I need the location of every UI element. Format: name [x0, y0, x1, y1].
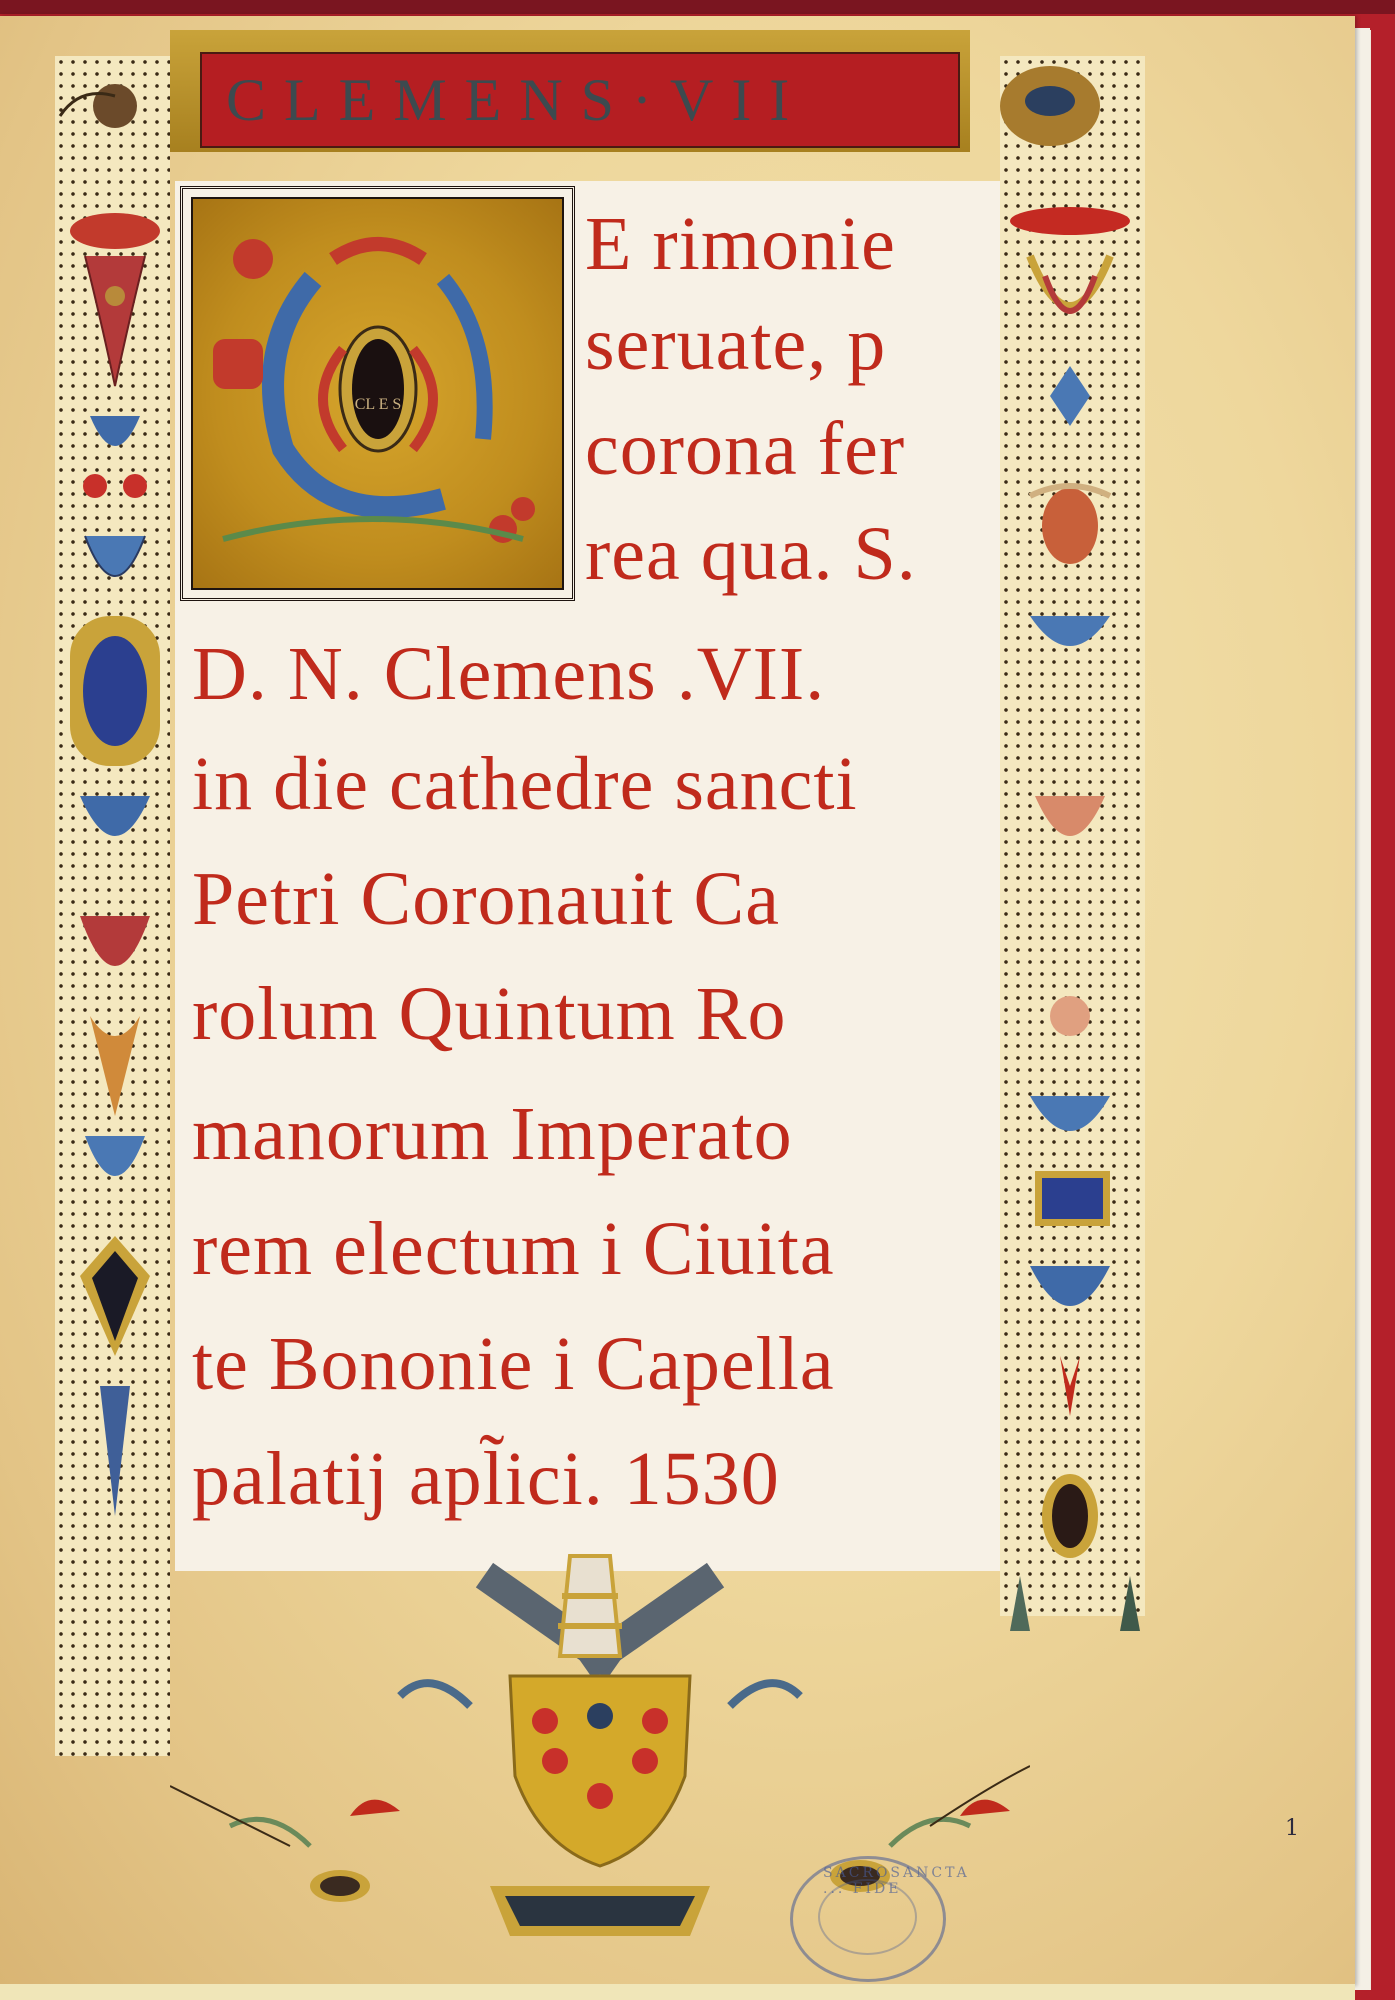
initial-medallion-text: CL E S	[355, 396, 402, 413]
folio-number: 1	[1285, 1816, 1299, 1841]
banner-title: CLEMENS·VII	[226, 66, 807, 135]
text-line-10: rem electum i Ciuita	[192, 1211, 835, 1287]
text-line-6: in die cathedre sancti	[192, 746, 858, 822]
text-line-4: rea qua. S.	[585, 516, 917, 592]
left-grotesque-ornament	[40, 56, 190, 1776]
right-grotesque-ornament	[990, 56, 1160, 1636]
text-line-12: palatij apl̃ici. 1530	[192, 1441, 780, 1517]
leaf-bottom-strip	[0, 1984, 1355, 2000]
text-line-3: corona fer	[585, 411, 905, 487]
binding-edge	[0, 0, 1395, 14]
text-line-9: manorum Imperato	[192, 1096, 793, 1172]
initial-c-ornament: CL E S	[193, 199, 553, 579]
text-line-8: rolum Quintum Ro	[192, 976, 786, 1052]
library-stamp: SACROSANCTA ... FIDE	[790, 1856, 946, 1982]
papal-tiara-icon	[558, 1556, 622, 1656]
text-line-7: Petri Coronauit Ca	[192, 861, 780, 937]
text-line-5: D. N. Clemens .VII.	[192, 636, 825, 712]
initial-gold-ground: CL E S	[191, 197, 564, 590]
manuscript-leaf: CLEMENS·VII CL E S E rimonie ser	[0, 16, 1355, 1986]
illuminated-initial: CL E S	[180, 186, 575, 601]
text-line-11: te Bononie i Capella	[192, 1326, 835, 1402]
text-line-2: seruate, p	[585, 306, 886, 382]
title-banner: CLEMENS·VII	[200, 52, 960, 148]
text-line-1: E rimonie	[585, 206, 896, 282]
stamp-text: SACROSANCTA ... FIDE	[823, 1865, 970, 1897]
